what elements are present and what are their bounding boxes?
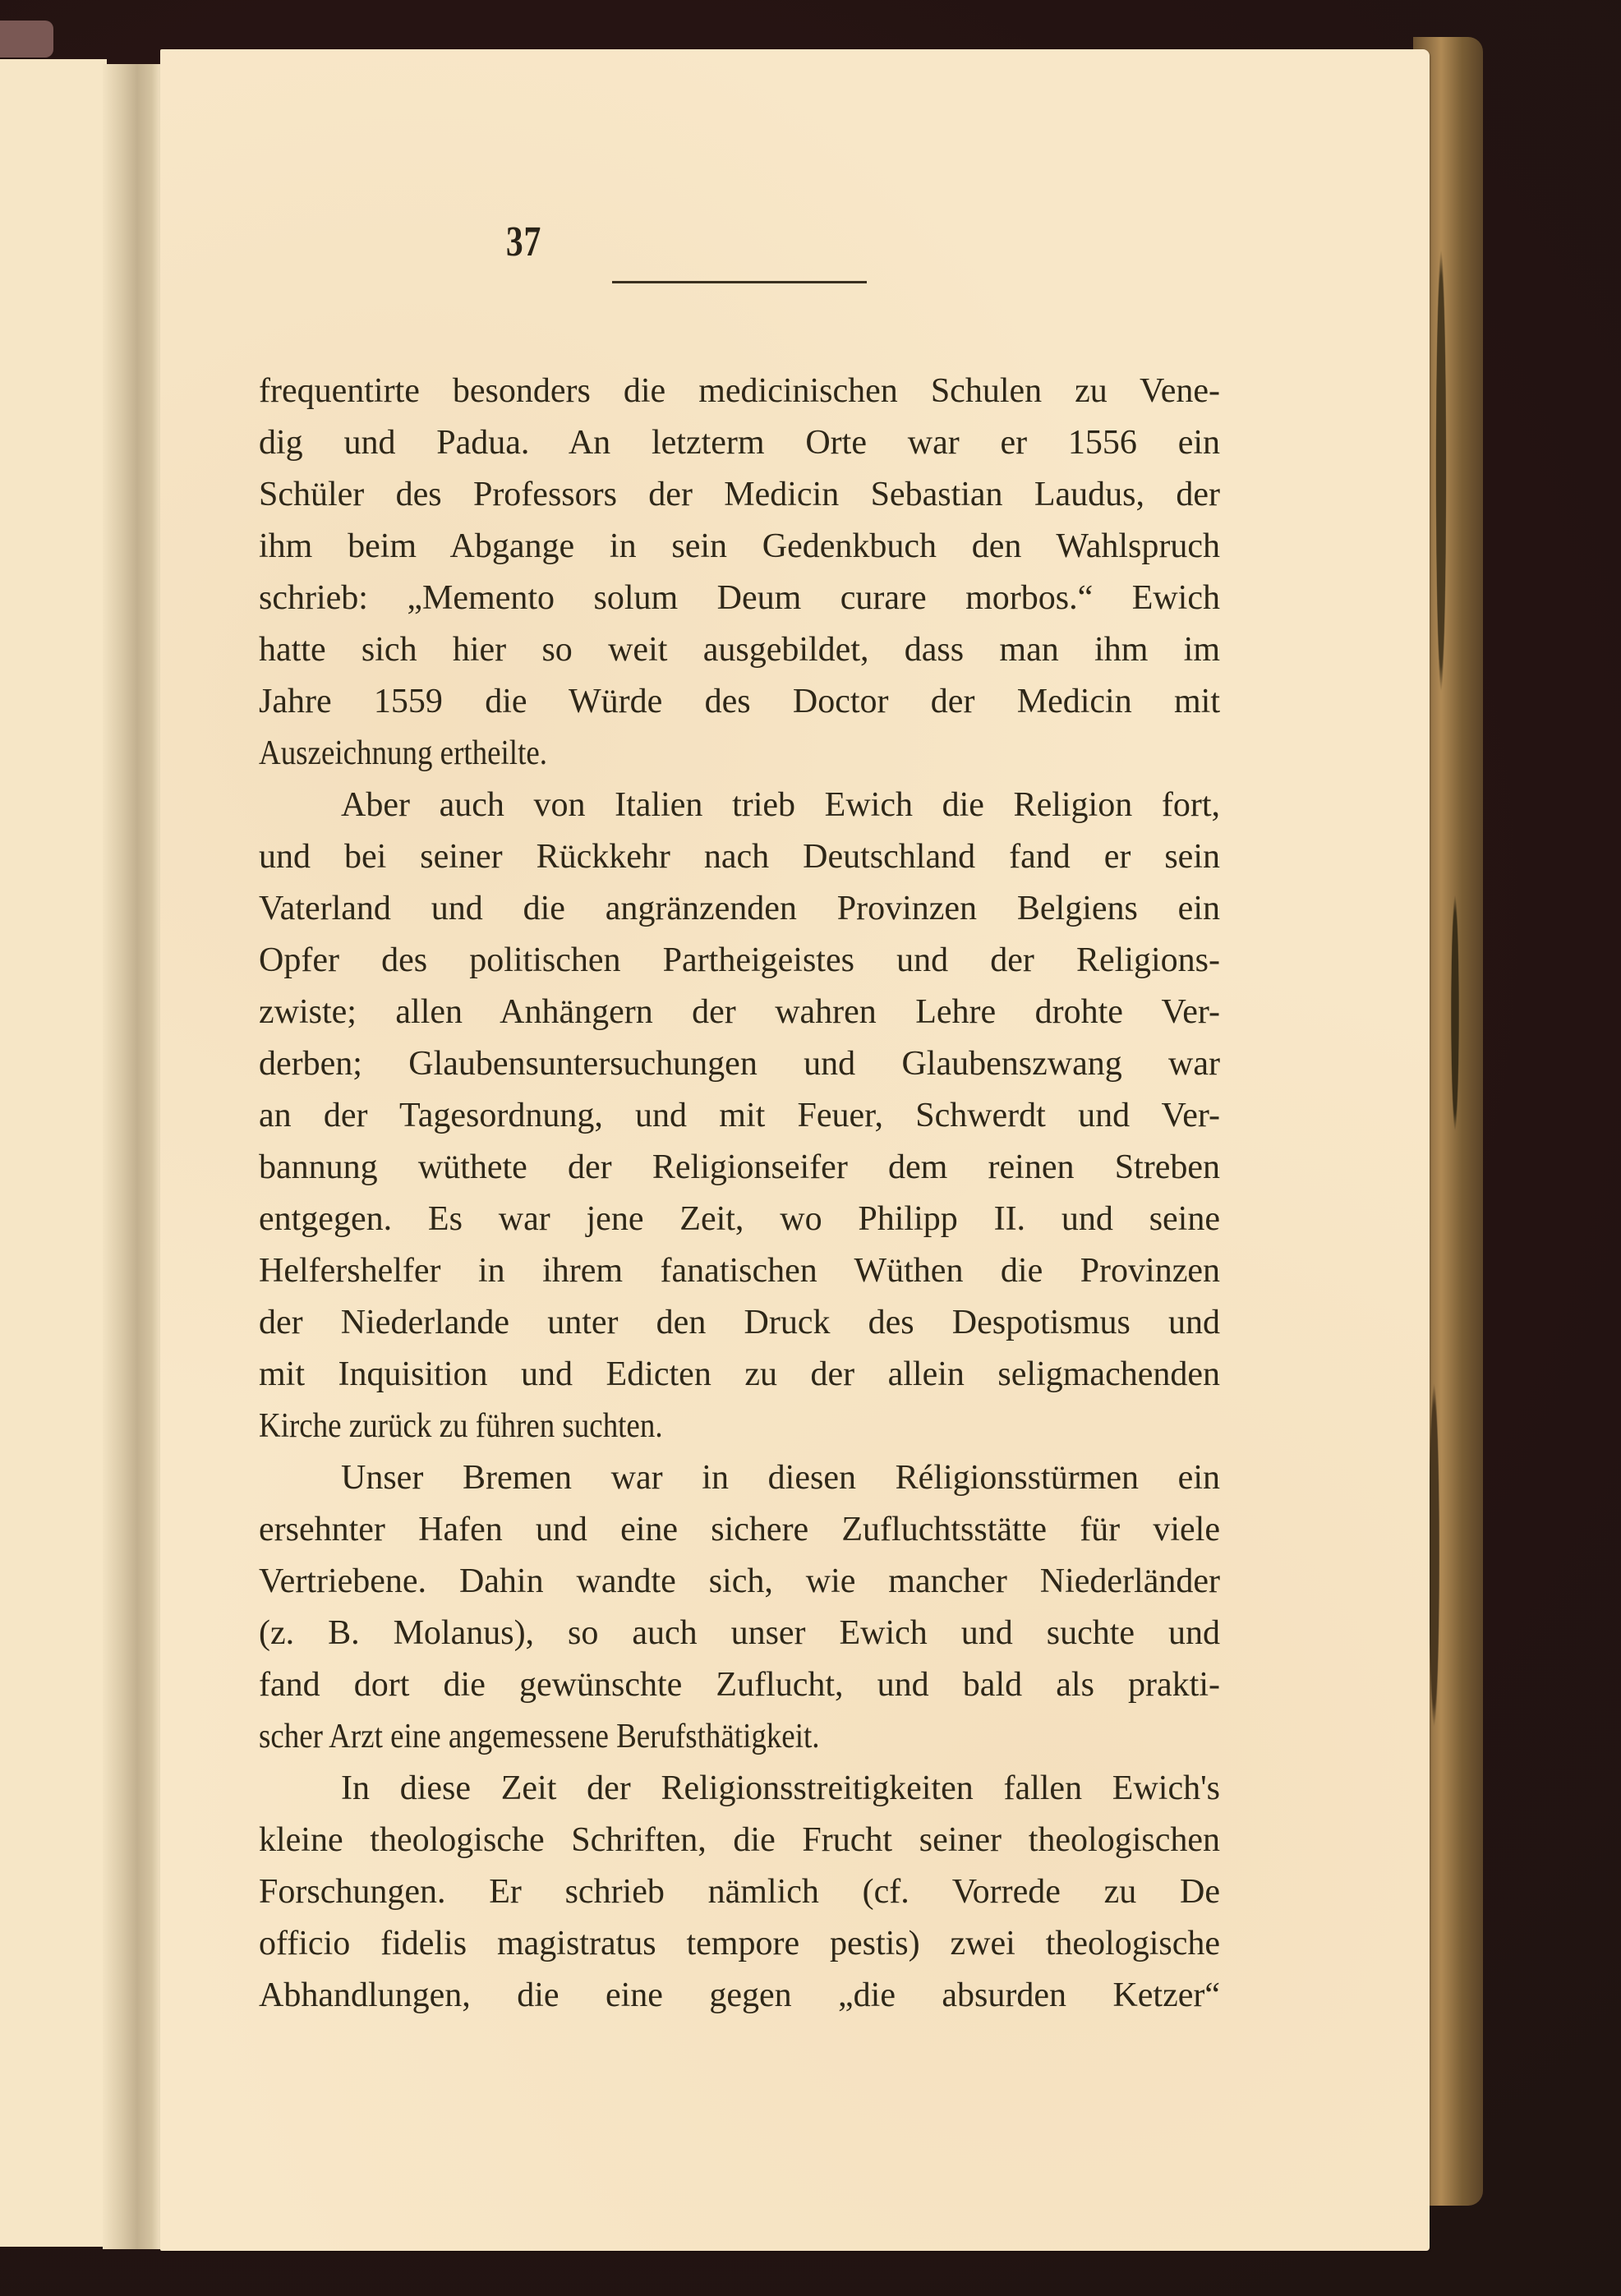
text-line: mit Inquisition und Edicten zu der allei… xyxy=(259,1349,1220,1401)
text-line: Opfer des politischen Partheigeistes und… xyxy=(259,935,1220,987)
text-line: Helfershelfer in ihrem fanatischen Wüthe… xyxy=(259,1245,1220,1297)
text-line: fand dort die gewünschte Zuflucht, und b… xyxy=(259,1659,1220,1711)
text-line: bannung wüthete der Religionseifer dem r… xyxy=(259,1142,1220,1194)
text-line: scher Arzt eine angemessene Berufsthätig… xyxy=(259,1711,1105,1763)
text-line: Kirche zurück zu führen suchten. xyxy=(259,1401,1105,1452)
text-line: Jahre 1559 die Würde des Doctor der Medi… xyxy=(259,676,1220,728)
cover-tab xyxy=(0,21,53,58)
text-line: Forschungen. Er schrieb nämlich (cf. Vor… xyxy=(259,1866,1220,1918)
text-line: Vertriebene. Dahin wandte sich, wie manc… xyxy=(259,1556,1220,1608)
text-line: schrieb: „Memento solum Deum curare morb… xyxy=(259,573,1220,624)
text-line: zwiste; allen Anhängern der wahren Lehre… xyxy=(259,987,1220,1038)
text-line: Abhandlungen, die eine gegen „die absurd… xyxy=(259,1970,1220,2022)
left-page-edge xyxy=(0,59,107,2247)
text-line: dig und Padua. An letzterm Orte war er 1… xyxy=(259,417,1220,469)
text-line: kleine theologische Schriften, die Fruch… xyxy=(259,1815,1220,1866)
text-line: In diese Zeit der Religionsstreitigkeite… xyxy=(259,1763,1220,1815)
page-number: 37 xyxy=(16,218,1032,266)
text-line: der Niederlande unter den Druck des Desp… xyxy=(259,1297,1220,1349)
header-rule xyxy=(612,281,867,283)
body-text: frequentirte besonders die medicinischen… xyxy=(259,366,1220,2022)
text-line: und bei seiner Rückkehr nach Deutschland… xyxy=(259,831,1220,883)
text-line: Aber auch von Italien trieb Ewich die Re… xyxy=(259,780,1220,831)
book-gutter xyxy=(103,64,160,2249)
text-line: ihm beim Abgange in sein Gedenkbuch den … xyxy=(259,521,1220,573)
text-line: hatte sich hier so weit ausgebildet, das… xyxy=(259,624,1220,676)
text-line: officio fidelis magistratus tempore pest… xyxy=(259,1918,1220,1970)
text-line: ersehnter Hafen und eine sichere Zufluch… xyxy=(259,1504,1220,1556)
text-line: Auszeichnung ertheilte. xyxy=(259,728,1105,780)
text-line: Unser Bremen war in diesen Réligionsstür… xyxy=(259,1452,1220,1504)
text-line: entgegen. Es war jene Zeit, wo Philipp I… xyxy=(259,1194,1220,1245)
text-line: frequentirte besonders die medicinischen… xyxy=(259,366,1220,417)
text-line: an der Tagesordnung, und mit Feuer, Schw… xyxy=(259,1090,1220,1142)
text-line: (z. B. Molanus), so auch unser Ewich und… xyxy=(259,1608,1220,1659)
book-page: 37 frequentirte besonders die medicinisc… xyxy=(160,49,1430,2251)
text-line: Schüler des Professors der Medicin Sebas… xyxy=(259,469,1220,521)
text-line: derben; Glaubensuntersuchungen und Glaub… xyxy=(259,1038,1220,1090)
text-line: Vaterland und die angränzenden Provinzen… xyxy=(259,883,1220,935)
